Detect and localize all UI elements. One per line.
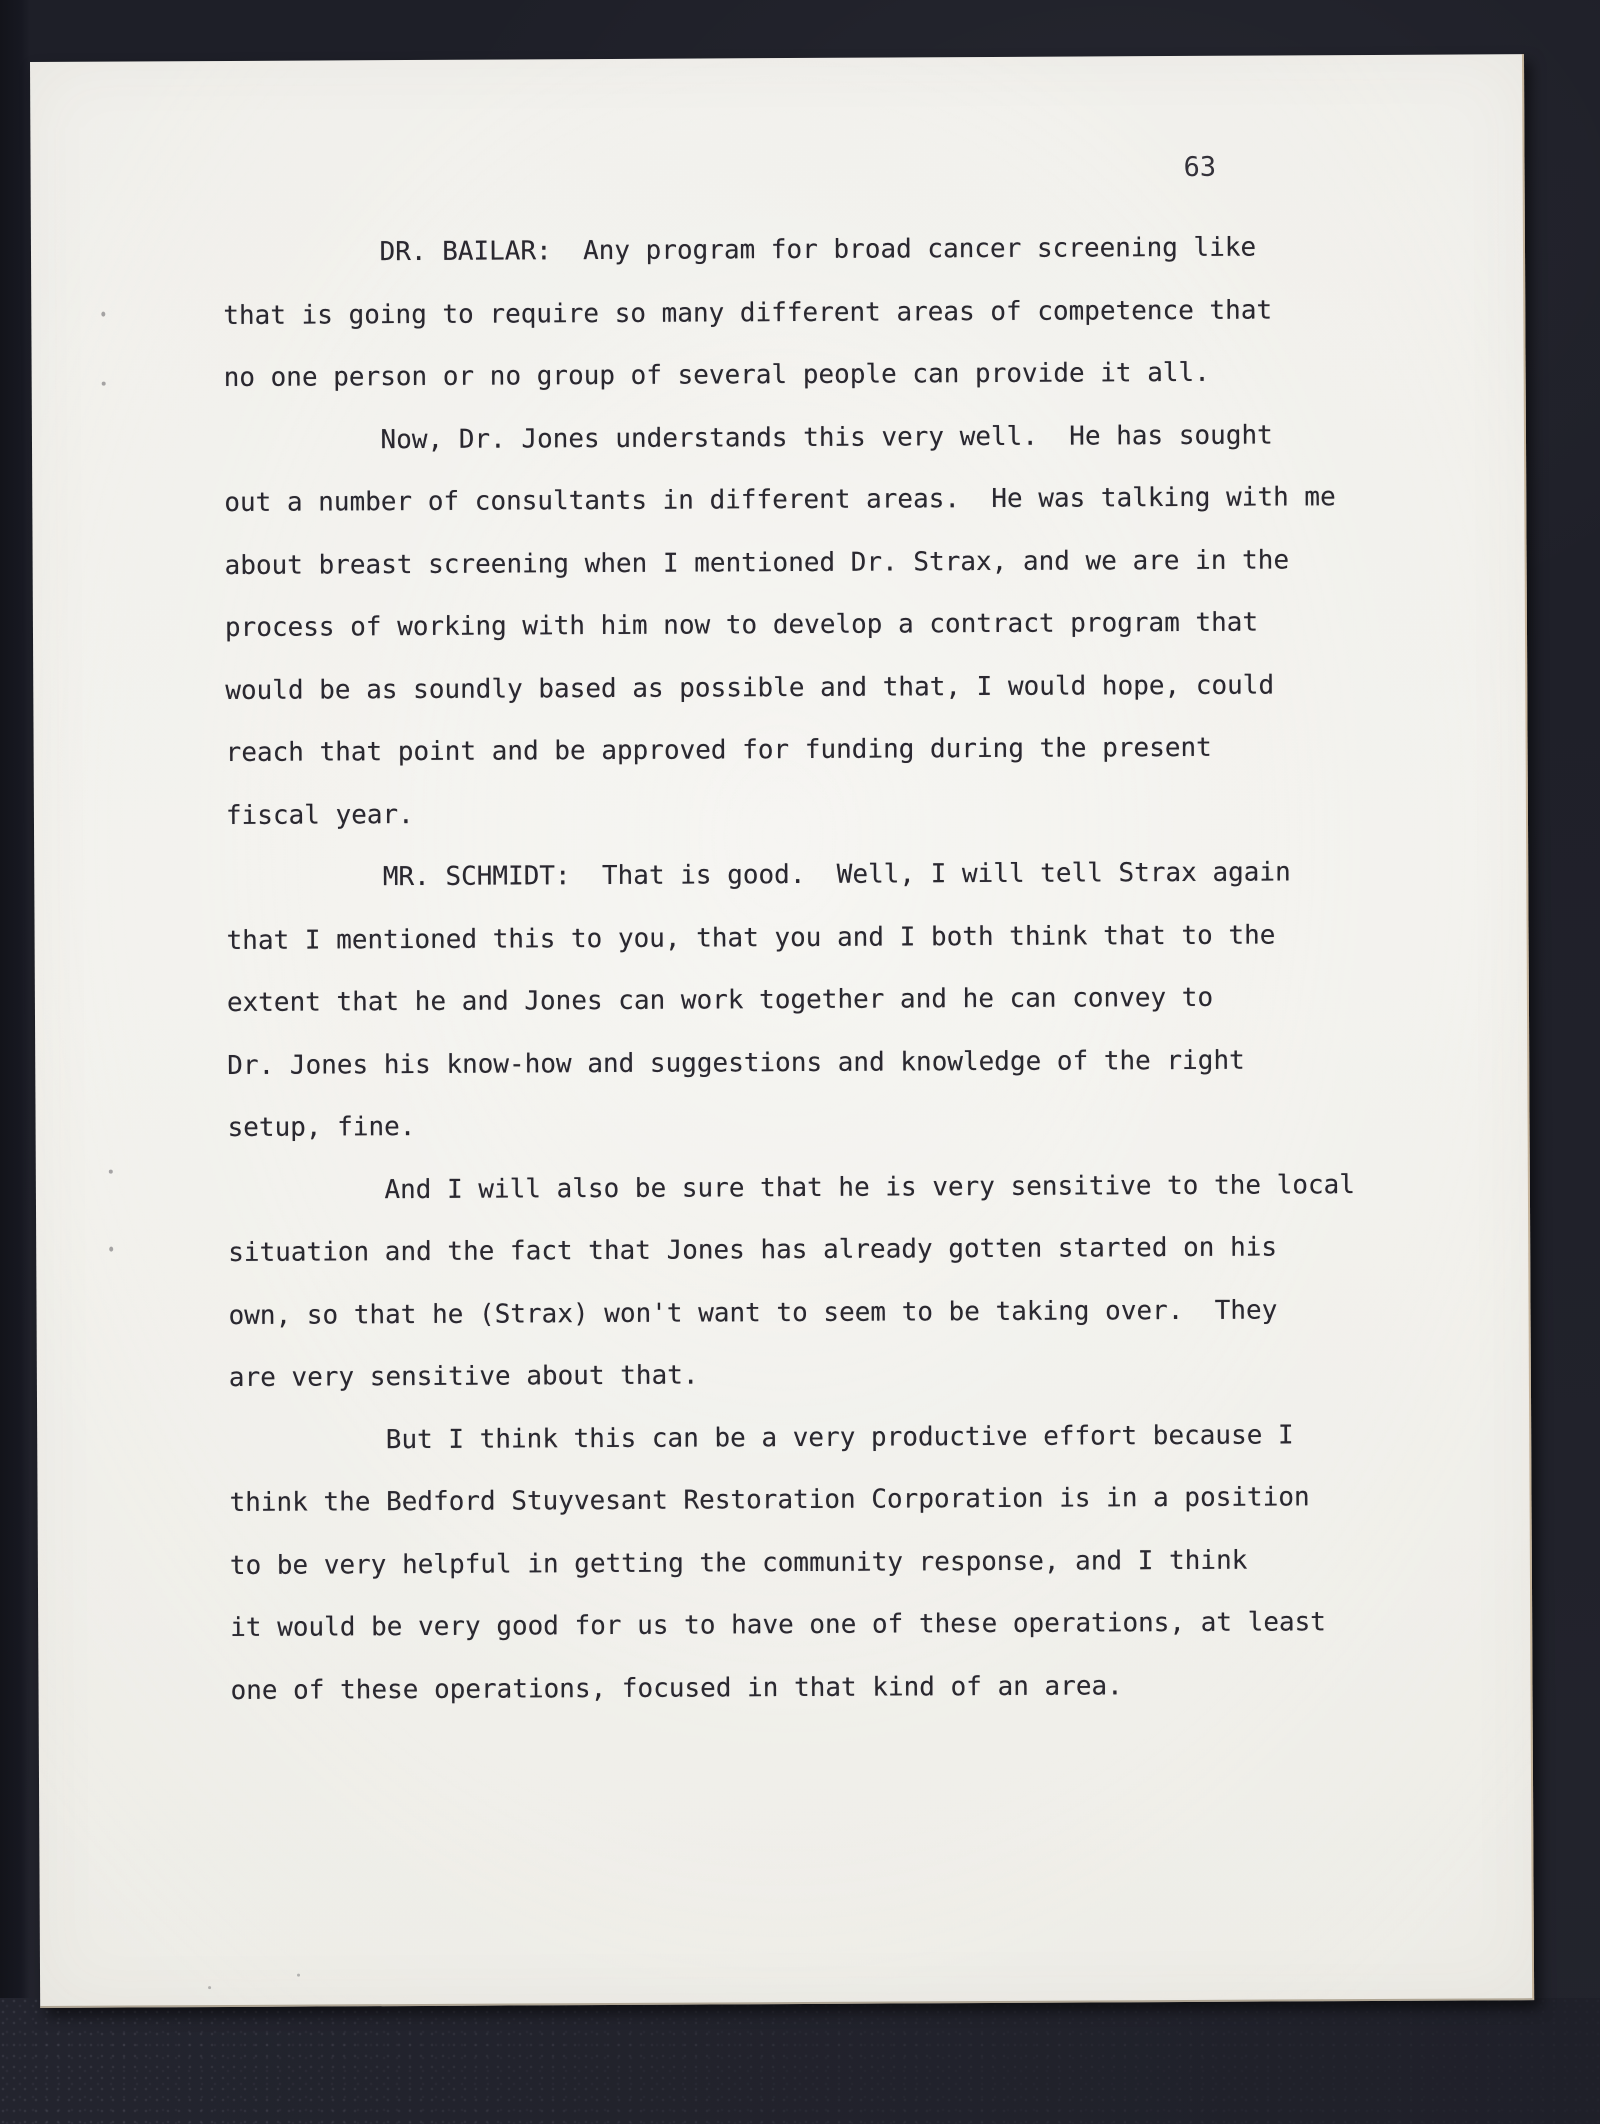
page-number: 63 bbox=[1183, 152, 1216, 183]
transcript-line: situation and the fact that Jones has al… bbox=[228, 1215, 1468, 1284]
transcript-line: Now, Dr. Jones understands this very wel… bbox=[224, 403, 1464, 472]
transcript-line: extent that he and Jones can work togeth… bbox=[227, 965, 1467, 1034]
scan-speck bbox=[297, 1974, 300, 1977]
mat-left-edge-shadow bbox=[0, 0, 30, 2124]
transcript-line: are very sensitive about that. bbox=[229, 1340, 1469, 1409]
scanned-page: 63 DR. BAILAR: Any program for broad can… bbox=[30, 54, 1534, 2008]
transcript-line: own, so that he (Strax) won't want to se… bbox=[228, 1278, 1468, 1347]
transcript-line: out a number of consultants in different… bbox=[224, 465, 1464, 534]
scan-speck bbox=[101, 312, 105, 317]
transcript-line: think the Bedford Stuyvesant Restoration… bbox=[229, 1465, 1469, 1534]
mat-bottom-band bbox=[0, 1998, 1600, 2124]
transcript-line: would be as soundly based as possible an… bbox=[225, 653, 1465, 722]
transcript-line: fiscal year. bbox=[226, 778, 1466, 847]
transcript-line: Dr. Jones his know-how and suggestions a… bbox=[227, 1028, 1467, 1097]
transcript-line: MR. SCHMIDT: That is good. Well, I will … bbox=[226, 840, 1466, 909]
transcript-line: reach that point and be approved for fun… bbox=[225, 715, 1465, 784]
transcript-line: one of these operations, focused in that… bbox=[230, 1653, 1470, 1722]
transcript-line: setup, fine. bbox=[227, 1090, 1467, 1159]
transcript-line: it would be very good for us to have one… bbox=[230, 1590, 1470, 1659]
transcript-line: to be very helpful in getting the commun… bbox=[230, 1528, 1470, 1597]
transcript-lines: DR. BAILAR: Any program for broad cancer… bbox=[223, 215, 1471, 1721]
transcript-line: DR. BAILAR: Any program for broad cancer… bbox=[223, 215, 1463, 284]
scan-speck bbox=[208, 1986, 211, 1989]
transcript-line: about breast screening when I mentioned … bbox=[224, 528, 1464, 597]
transcript-line: process of working with him now to devel… bbox=[225, 590, 1465, 659]
scan-speck bbox=[109, 1247, 113, 1252]
transcript-line: that is going to require so many differe… bbox=[223, 278, 1463, 347]
scan-speck bbox=[109, 1170, 113, 1174]
transcript-line: And I will also be sure that he is very … bbox=[228, 1153, 1468, 1222]
scan-speck bbox=[102, 382, 106, 386]
transcript-line: that I mentioned this to you, that you a… bbox=[226, 903, 1466, 972]
transcript-line: But I think this can be a very productiv… bbox=[229, 1403, 1469, 1472]
transcript-line: no one person or no group of several peo… bbox=[223, 340, 1463, 409]
mat-bottom-band-fade bbox=[0, 1998, 1600, 2124]
